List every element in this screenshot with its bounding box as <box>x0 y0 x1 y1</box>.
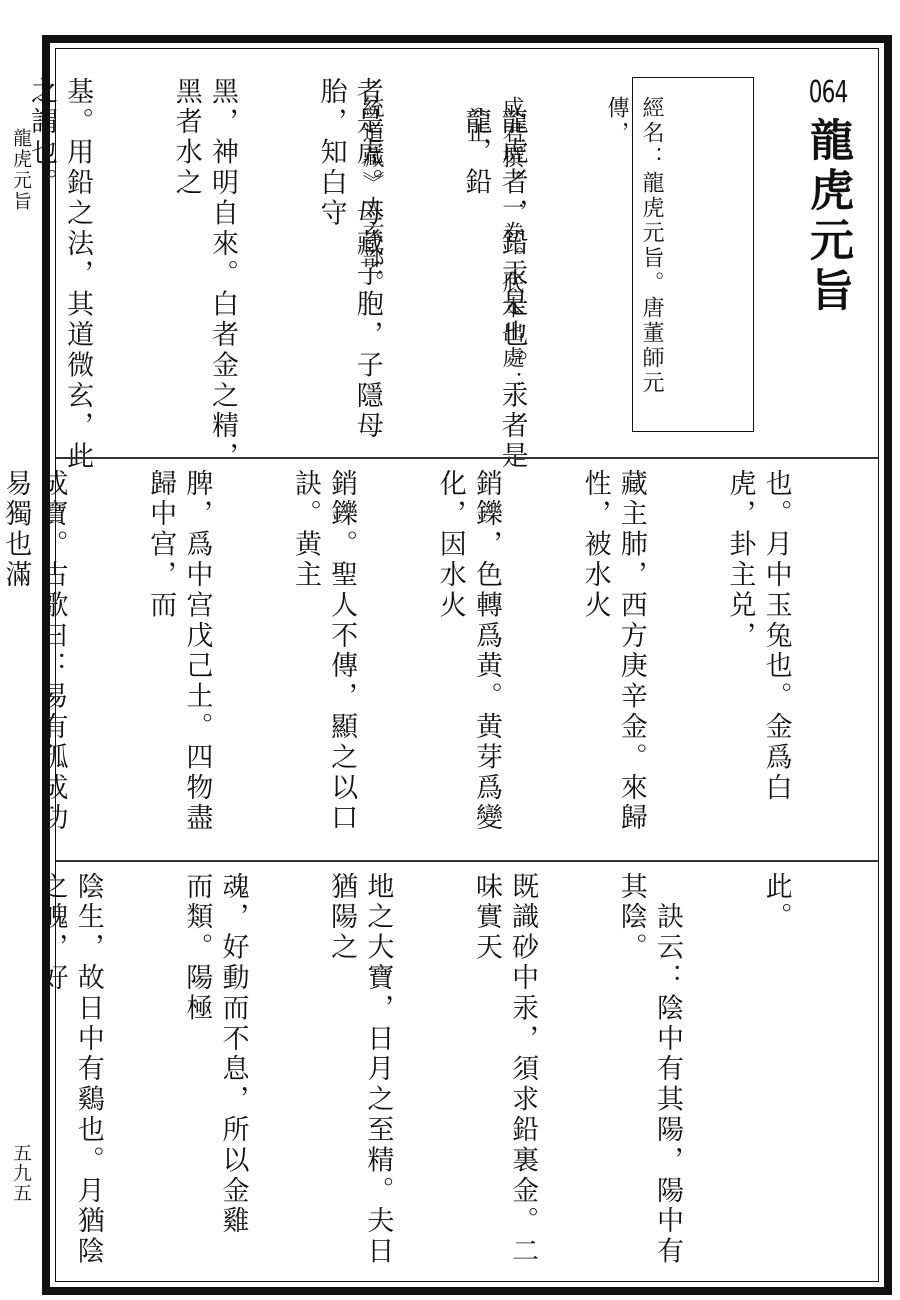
text-column: 龍虎者，鉛汞是也。汞者是龍，鉛 <box>457 77 529 481</box>
section-divider <box>56 457 878 459</box>
text-column: 既識砂中汞，須求鉛裏金。二味實天 <box>468 872 540 1272</box>
page-frame: 064 龍虎元旨 經名：龍虎元旨。唐董師元傳， 成君撰。一卷。底本出處：《正 統… <box>42 35 892 1295</box>
text-column: 黑，神明自來。白者金之精，黑者水之 <box>168 77 240 481</box>
text-column: 陰生，故日中有鷄也。月猶陰之魄，好 <box>33 872 105 1272</box>
text-section-top: 064 龍虎元旨 經名：龍虎元旨。唐董師元傳， 成君撰。一卷。底本出處：《正 統… <box>66 59 866 463</box>
text-column: 地之大寶，日月之至精。夫日猶陽之 <box>323 872 395 1272</box>
text-column: 魂，好動而不息，所以金雞 而類。陽極 <box>178 872 250 1272</box>
page-frame-inner: 064 龍虎元旨 經名：龍虎元旨。唐董師元傳， 成君撰。一卷。底本出處：《正 統… <box>55 48 879 1282</box>
metadata-line: 經名：龍虎元旨。唐董師元傳， <box>599 96 669 431</box>
text-section-middle: 也。月中玉兔也。金爲白虎，卦主兑， 藏主肺，西方庚辛金。來歸性，被水火 銷鑠，色… <box>66 469 866 861</box>
text-column: 銷鑠。聖人不傳，顯之以口訣。黄主 <box>287 469 359 861</box>
text-column: 藏主肺，西方庚辛金。來歸性，被水火 <box>576 469 648 861</box>
text-column: 銷鑠，色轉爲黄。黄芽爲變化，因水火 <box>432 469 504 861</box>
doc-number: 064 <box>809 75 848 110</box>
section-divider <box>56 860 878 862</box>
text-column: 者是虎。母藏子胞，子隱母胎，知白守 <box>312 77 384 481</box>
metadata-box: 經名：龍虎元旨。唐董師元傳， 成君撰。一卷。底本出處：《正 統道藏》太玄部。 <box>632 77 754 432</box>
text-section-bottom: 此。 訣云：陰中有其陽，陽中有其陰。 既識砂中汞，須求鉛裏金。二味實天 地之大寶… <box>66 872 866 1272</box>
text-column: 訣云：陰中有其陽，陽中有其陰。 <box>613 872 685 1272</box>
text-column: 也。月中玉兔也。金爲白虎，卦主兑， <box>721 469 793 861</box>
text-columns: 也。月中玉兔也。金爲白虎，卦主兑， 藏主肺，西方庚辛金。來歸性，被水火 銷鑠，色… <box>0 469 866 861</box>
text-columns: 此。 訣云：陰中有其陽，陽中有其陰。 既識砂中汞，須求鉛裏金。二味實天 地之大寶… <box>0 872 866 1272</box>
text-column: 此。 <box>757 872 793 1272</box>
text-column: 基。用鉛之法，其道微玄，此之謂也。 <box>23 77 95 481</box>
text-columns: 龍虎者，鉛汞是也。汞者是龍，鉛 者是虎。母藏子胞，子隱母胎，知白守 黑，神明自來… <box>0 77 602 481</box>
text-column: 脾，爲中宫戊己土。四物盡歸中宫，而 <box>142 469 214 861</box>
doc-title: 龍虎元旨 <box>800 117 854 317</box>
text-column: 成寶。古歌曰：易有孤成功易獨也滿 <box>0 469 70 861</box>
